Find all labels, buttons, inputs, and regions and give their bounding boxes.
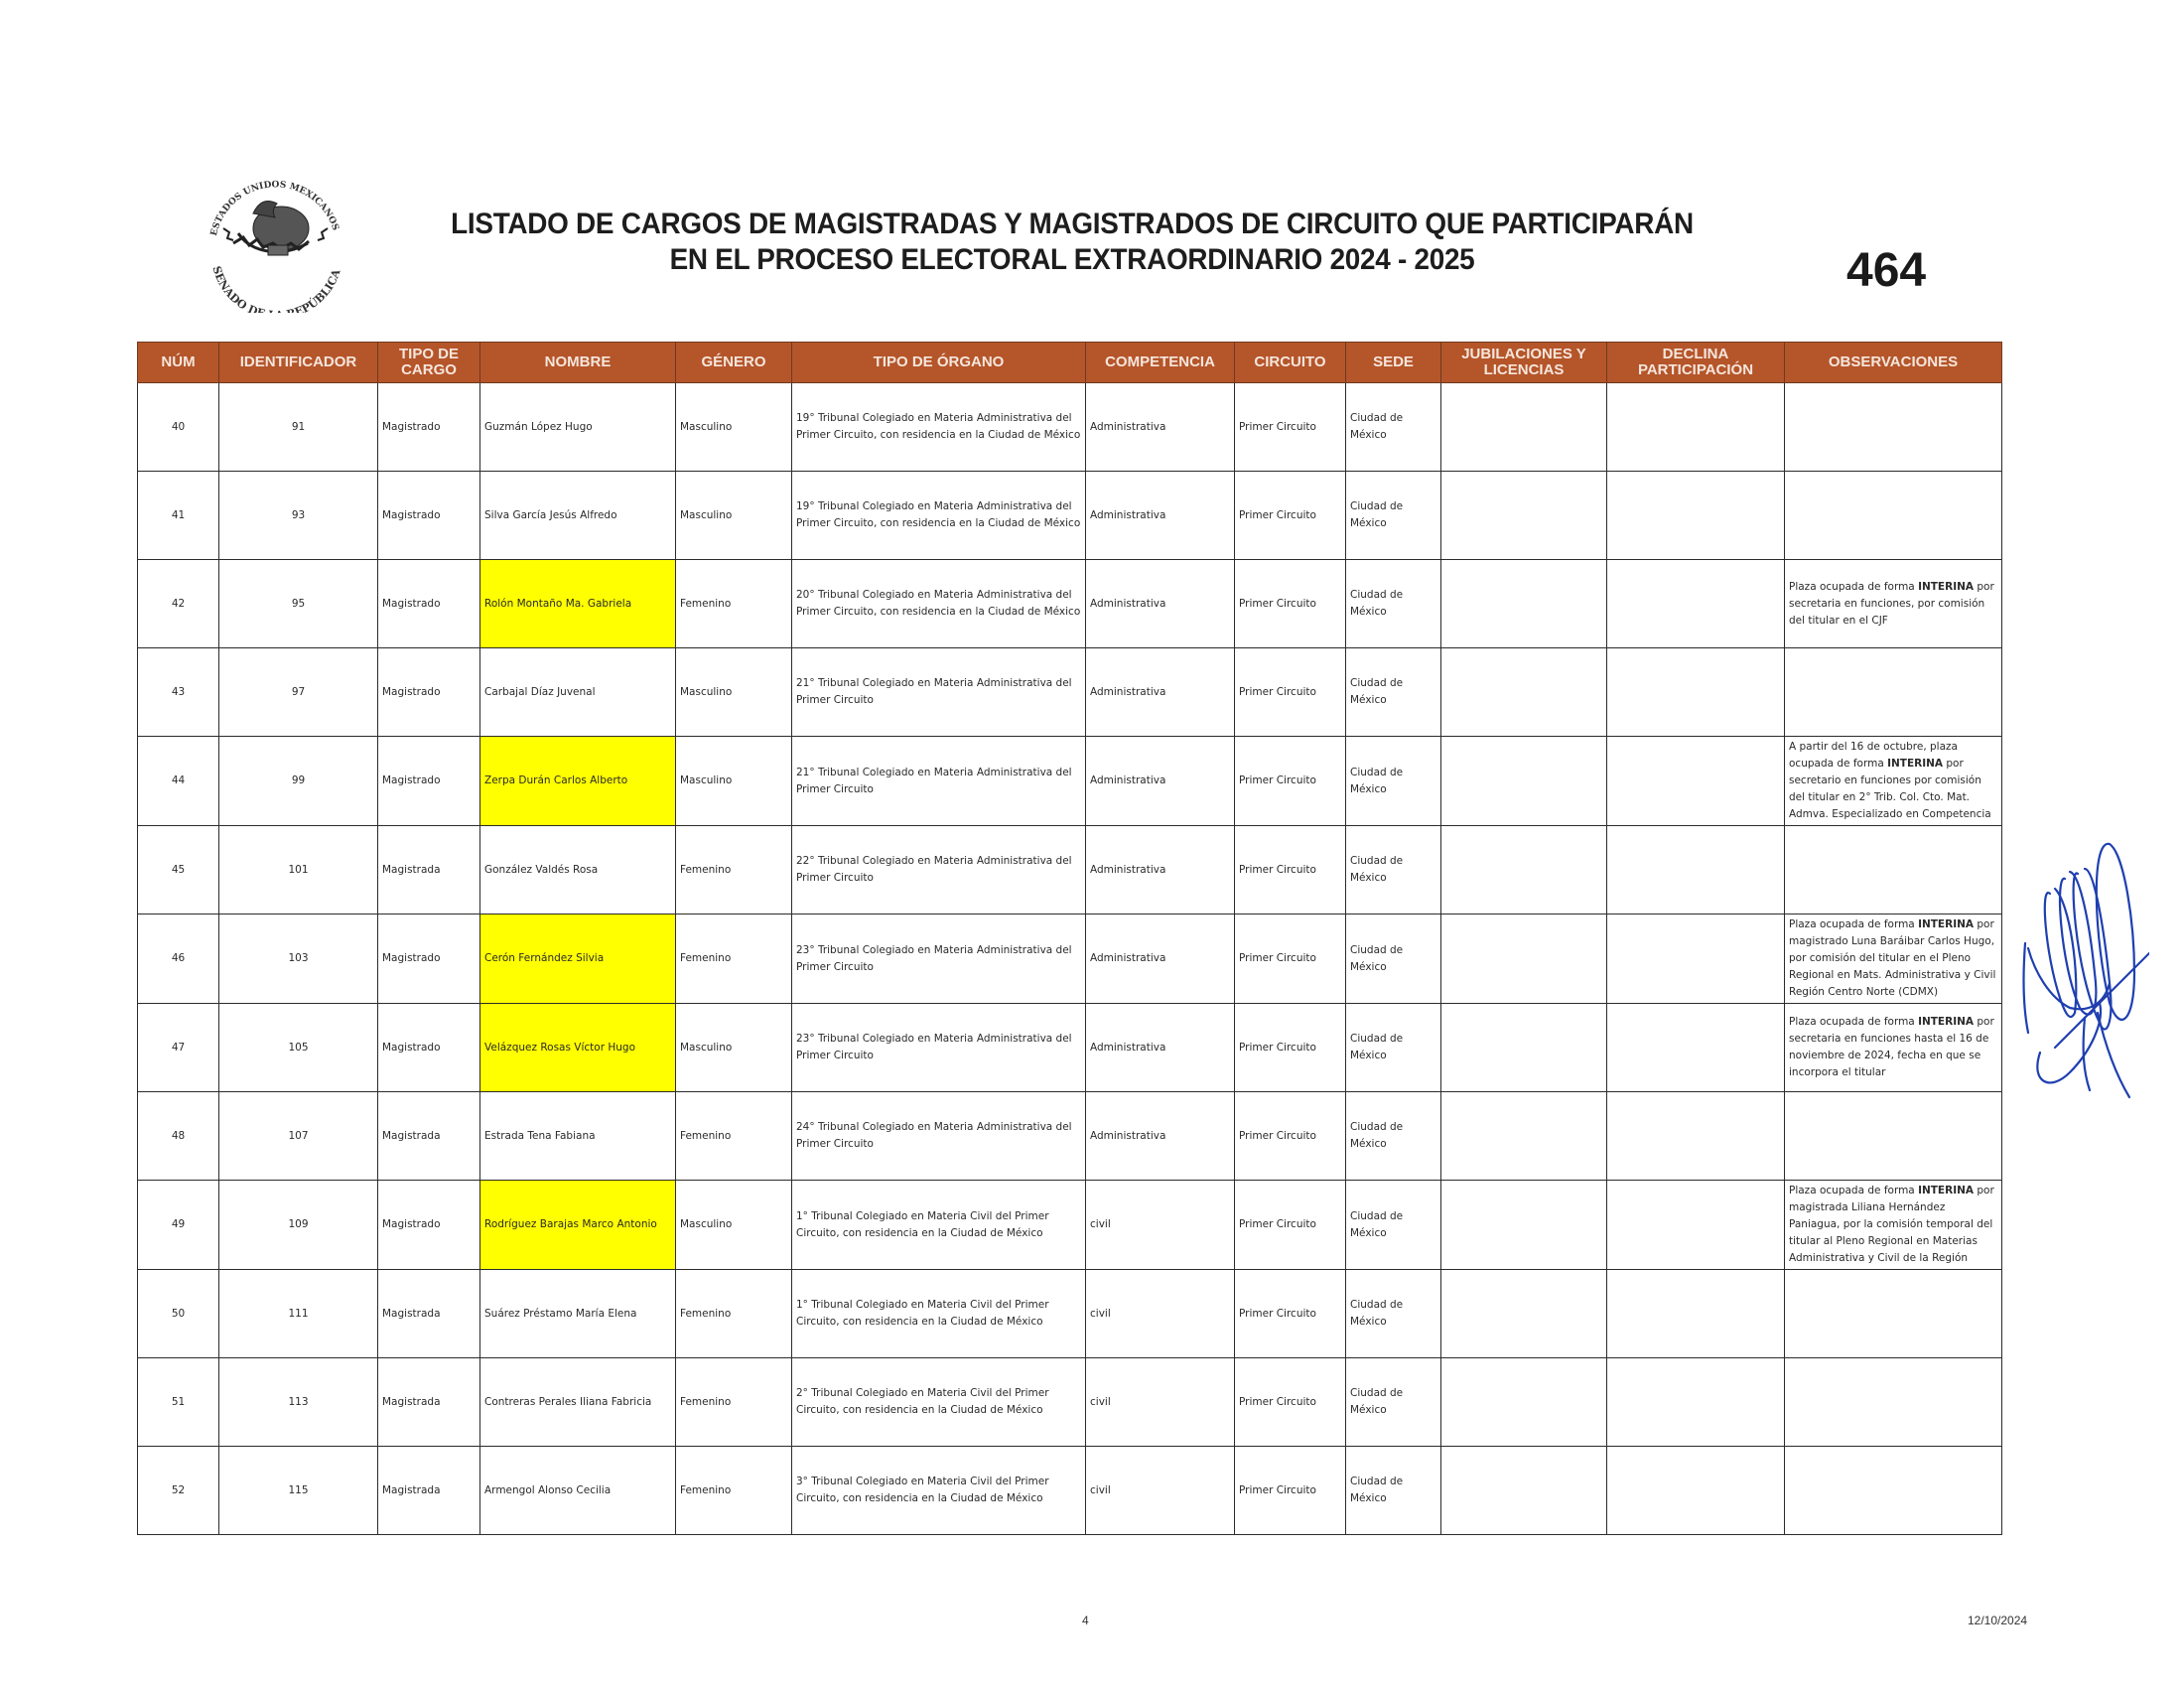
row-cargo: Magistrada: [378, 1358, 480, 1447]
row-declines: [1607, 1181, 1785, 1270]
title-line-1: LISTADO DE CARGOS DE MAGISTRADAS Y MAGIS…: [426, 207, 1718, 242]
row-retirements-licenses: [1441, 1358, 1607, 1447]
row-identifier: 109: [219, 1181, 378, 1270]
column-header: TIPO DE ÓRGANO: [792, 343, 1086, 383]
row-declines: [1607, 914, 1785, 1004]
row-organ-type: 20° Tribunal Colegiado en Materia Admini…: [792, 560, 1086, 648]
row-organ-type: 21° Tribunal Colegiado en Materia Admini…: [792, 737, 1086, 826]
row-name: Silva García Jesús Alfredo: [480, 472, 676, 560]
row-number: 46: [138, 914, 219, 1004]
table-header-row: NÚMIDENTIFICADORTIPO DE CARGONOMBREGÉNER…: [138, 343, 2002, 383]
row-identifier: 103: [219, 914, 378, 1004]
row-cargo: Magistrado: [378, 472, 480, 560]
row-seat: Ciudad de México: [1346, 1358, 1441, 1447]
row-organ-type: 21° Tribunal Colegiado en Materia Admini…: [792, 648, 1086, 737]
row-competence: Administrativa: [1086, 383, 1235, 472]
row-declines: [1607, 826, 1785, 914]
row-retirements-licenses: [1441, 1092, 1607, 1181]
row-declines: [1607, 472, 1785, 560]
row-organ-type: 22° Tribunal Colegiado en Materia Admini…: [792, 826, 1086, 914]
row-number: 41: [138, 472, 219, 560]
observation-text: Plaza ocupada de forma: [1789, 1185, 1918, 1196]
observation-emphasis: INTERINA: [1918, 1185, 1974, 1196]
row-number: 50: [138, 1270, 219, 1358]
row-observations: [1785, 383, 2002, 472]
row-retirements-licenses: [1441, 472, 1607, 560]
row-circuit: Primer Circuito: [1235, 648, 1346, 737]
column-header: TIPO DE CARGO: [378, 343, 480, 383]
row-competence: civil: [1086, 1181, 1235, 1270]
row-circuit: Primer Circuito: [1235, 826, 1346, 914]
row-name: Velázquez Rosas Víctor Hugo: [480, 1004, 676, 1092]
row-gender: Masculino: [676, 383, 792, 472]
row-circuit: Primer Circuito: [1235, 914, 1346, 1004]
row-retirements-licenses: [1441, 560, 1607, 648]
document-date: 12/10/2024: [1968, 1614, 2027, 1627]
row-organ-type: 1° Tribunal Colegiado en Materia Civil d…: [792, 1181, 1086, 1270]
magistrates-table: NÚMIDENTIFICADORTIPO DE CARGONOMBREGÉNER…: [137, 342, 2002, 1535]
observation-emphasis: INTERINA: [1887, 758, 1943, 770]
row-number: 40: [138, 383, 219, 472]
row-competence: Administrativa: [1086, 826, 1235, 914]
row-seat: Ciudad de México: [1346, 560, 1441, 648]
row-cargo: Magistrado: [378, 1004, 480, 1092]
row-number: 44: [138, 737, 219, 826]
row-seat: Ciudad de México: [1346, 737, 1441, 826]
table-body: 4091MagistradoGuzmán López HugoMasculino…: [138, 383, 2002, 1535]
row-identifier: 91: [219, 383, 378, 472]
observation-text: Plaza ocupada de forma: [1789, 1016, 1918, 1028]
table-row: 46103MagistradoCerón Fernández SilviaFem…: [138, 914, 2002, 1004]
row-retirements-licenses: [1441, 1447, 1607, 1535]
row-observations: A partir del 16 de octubre, plaza ocupad…: [1785, 737, 2002, 826]
row-cargo: Magistrada: [378, 1270, 480, 1358]
row-number: 47: [138, 1004, 219, 1092]
row-seat: Ciudad de México: [1346, 1447, 1441, 1535]
column-header: GÉNERO: [676, 343, 792, 383]
row-gender: Femenino: [676, 826, 792, 914]
row-retirements-licenses: [1441, 914, 1607, 1004]
row-circuit: Primer Circuito: [1235, 383, 1346, 472]
table-row: 50111MagistradaSuárez Préstamo María Ele…: [138, 1270, 2002, 1358]
column-header: JUBILACIONES Y LICENCIAS: [1441, 343, 1607, 383]
row-number: 49: [138, 1181, 219, 1270]
row-cargo: Magistrado: [378, 1181, 480, 1270]
row-gender: Femenino: [676, 1358, 792, 1447]
row-organ-type: 24° Tribunal Colegiado en Materia Admini…: [792, 1092, 1086, 1181]
table-row: 47105MagistradoVelázquez Rosas Víctor Hu…: [138, 1004, 2002, 1092]
svg-text:SENADO DE LA REPÚBLICA: SENADO DE LA REPÚBLICA: [210, 265, 343, 313]
row-observations: [1785, 826, 2002, 914]
column-header: DECLINA PARTICIPACIÓN: [1607, 343, 1785, 383]
row-competence: civil: [1086, 1447, 1235, 1535]
row-cargo: Magistrado: [378, 560, 480, 648]
row-name: Contreras Perales Iliana Fabricia: [480, 1358, 676, 1447]
row-gender: Femenino: [676, 560, 792, 648]
row-declines: [1607, 1358, 1785, 1447]
row-name: Cerón Fernández Silvia: [480, 914, 676, 1004]
seal-bottom-text: SENADO DE LA REPÚBLICA: [210, 265, 343, 313]
row-identifier: 115: [219, 1447, 378, 1535]
row-observations: Plaza ocupada de forma INTERINA por secr…: [1785, 1004, 2002, 1092]
observation-emphasis: INTERINA: [1918, 581, 1974, 593]
row-observations: Plaza ocupada de forma INTERINA por magi…: [1785, 914, 2002, 1004]
row-identifier: 97: [219, 648, 378, 737]
row-organ-type: 19° Tribunal Colegiado en Materia Admini…: [792, 472, 1086, 560]
observation-text: por magistrada Liliana Hernández Paniagu…: [1789, 1185, 1994, 1264]
row-declines: [1607, 1447, 1785, 1535]
row-organ-type: 23° Tribunal Colegiado en Materia Admini…: [792, 914, 1086, 1004]
table-row: 51113MagistradaContreras Perales Iliana …: [138, 1358, 2002, 1447]
row-cargo: Magistrada: [378, 826, 480, 914]
table-row: 4091MagistradoGuzmán López HugoMasculino…: [138, 383, 2002, 472]
row-retirements-licenses: [1441, 826, 1607, 914]
row-seat: Ciudad de México: [1346, 383, 1441, 472]
row-number: 43: [138, 648, 219, 737]
table-row: 4499MagistradoZerpa Durán Carlos Alberto…: [138, 737, 2002, 826]
observation-text: Plaza ocupada de forma: [1789, 581, 1918, 593]
row-identifier: 113: [219, 1358, 378, 1447]
row-name: Rodríguez Barajas Marco Antonio: [480, 1181, 676, 1270]
row-name: Guzmán López Hugo: [480, 383, 676, 472]
row-gender: Femenino: [676, 1270, 792, 1358]
row-circuit: Primer Circuito: [1235, 1447, 1346, 1535]
row-competence: civil: [1086, 1270, 1235, 1358]
column-header: OBSERVACIONES: [1785, 343, 2002, 383]
row-circuit: Primer Circuito: [1235, 1092, 1346, 1181]
row-identifier: 101: [219, 826, 378, 914]
row-declines: [1607, 1270, 1785, 1358]
row-circuit: Primer Circuito: [1235, 560, 1346, 648]
table-row: 4397MagistradoCarbajal Díaz JuvenalMascu…: [138, 648, 2002, 737]
row-retirements-licenses: [1441, 648, 1607, 737]
row-identifier: 95: [219, 560, 378, 648]
row-observations: [1785, 1270, 2002, 1358]
row-cargo: Magistrado: [378, 914, 480, 1004]
row-identifier: 93: [219, 472, 378, 560]
row-observations: [1785, 648, 2002, 737]
row-name: Suárez Préstamo María Elena: [480, 1270, 676, 1358]
signature-icon: [2010, 824, 2149, 1112]
column-header: IDENTIFICADOR: [219, 343, 378, 383]
row-identifier: 99: [219, 737, 378, 826]
row-declines: [1607, 1092, 1785, 1181]
table-row: 4295MagistradoRolón Montaño Ma. Gabriela…: [138, 560, 2002, 648]
row-circuit: Primer Circuito: [1235, 1181, 1346, 1270]
row-declines: [1607, 648, 1785, 737]
row-retirements-licenses: [1441, 1181, 1607, 1270]
row-identifier: 111: [219, 1270, 378, 1358]
table-row: 4193MagistradoSilva García Jesús Alfredo…: [138, 472, 2002, 560]
table-row: 45101MagistradaGonzález Valdés RosaFemen…: [138, 826, 2002, 914]
title-line-2: EN EL PROCESO ELECTORAL EXTRAORDINARIO 2…: [426, 242, 1718, 278]
row-circuit: Primer Circuito: [1235, 1358, 1346, 1447]
row-gender: Femenino: [676, 1447, 792, 1535]
column-header: CIRCUITO: [1235, 343, 1346, 383]
row-identifier: 105: [219, 1004, 378, 1092]
column-header: NÚM: [138, 343, 219, 383]
row-retirements-licenses: [1441, 737, 1607, 826]
observation-text: por magistrado Luna Baráibar Carlos Hugo…: [1789, 918, 1995, 998]
row-name: Rolón Montaño Ma. Gabriela: [480, 560, 676, 648]
senate-seal-icon: ESTADOS UNIDOS MEXICANOS SENADO DE LA RE…: [194, 174, 357, 313]
row-gender: Masculino: [676, 1004, 792, 1092]
row-competence: Administrativa: [1086, 472, 1235, 560]
table-row: 49109MagistradoRodríguez Barajas Marco A…: [138, 1181, 2002, 1270]
row-retirements-licenses: [1441, 1270, 1607, 1358]
row-observations: Plaza ocupada de forma INTERINA por magi…: [1785, 1181, 2002, 1270]
row-organ-type: 23° Tribunal Colegiado en Materia Admini…: [792, 1004, 1086, 1092]
row-name: Carbajal Díaz Juvenal: [480, 648, 676, 737]
row-gender: Masculino: [676, 1181, 792, 1270]
row-observations: [1785, 1092, 2002, 1181]
row-circuit: Primer Circuito: [1235, 737, 1346, 826]
row-gender: Femenino: [676, 1092, 792, 1181]
observation-emphasis: INTERINA: [1918, 918, 1974, 930]
row-gender: Femenino: [676, 914, 792, 1004]
row-organ-type: 1° Tribunal Colegiado en Materia Civil d…: [792, 1270, 1086, 1358]
row-cargo: Magistrado: [378, 737, 480, 826]
row-competence: Administrativa: [1086, 560, 1235, 648]
row-competence: Administrativa: [1086, 737, 1235, 826]
row-number: 52: [138, 1447, 219, 1535]
row-seat: Ciudad de México: [1346, 648, 1441, 737]
column-header: SEDE: [1346, 343, 1441, 383]
row-competence: civil: [1086, 1358, 1235, 1447]
observation-text: Plaza ocupada de forma: [1789, 918, 1918, 930]
row-seat: Ciudad de México: [1346, 826, 1441, 914]
row-organ-type: 19° Tribunal Colegiado en Materia Admini…: [792, 383, 1086, 472]
row-cargo: Magistrado: [378, 383, 480, 472]
row-circuit: Primer Circuito: [1235, 1004, 1346, 1092]
row-number: 45: [138, 826, 219, 914]
row-observations: [1785, 1358, 2002, 1447]
row-observations: Plaza ocupada de forma INTERINA por secr…: [1785, 560, 2002, 648]
row-seat: Ciudad de México: [1346, 472, 1441, 560]
row-name: Estrada Tena Fabiana: [480, 1092, 676, 1181]
row-competence: Administrativa: [1086, 648, 1235, 737]
column-header: COMPETENCIA: [1086, 343, 1235, 383]
row-competence: Administrativa: [1086, 1004, 1235, 1092]
row-seat: Ciudad de México: [1346, 1004, 1441, 1092]
table-row: 48107MagistradaEstrada Tena FabianaFemen…: [138, 1092, 2002, 1181]
column-header: NOMBRE: [480, 343, 676, 383]
row-declines: [1607, 1004, 1785, 1092]
row-gender: Masculino: [676, 648, 792, 737]
row-seat: Ciudad de México: [1346, 914, 1441, 1004]
row-declines: [1607, 560, 1785, 648]
row-declines: [1607, 383, 1785, 472]
row-name: Zerpa Durán Carlos Alberto: [480, 737, 676, 826]
row-circuit: Primer Circuito: [1235, 1270, 1346, 1358]
row-number: 48: [138, 1092, 219, 1181]
folio-number: 464: [1846, 243, 1926, 298]
page-number: 4: [1082, 1614, 1089, 1627]
row-observations: [1785, 472, 2002, 560]
document-title: LISTADO DE CARGOS DE MAGISTRADAS Y MAGIS…: [426, 207, 1718, 278]
row-competence: Administrativa: [1086, 914, 1235, 1004]
row-cargo: Magistrada: [378, 1092, 480, 1181]
row-competence: Administrativa: [1086, 1092, 1235, 1181]
table-row: 52115MagistradaArmengol Alonso CeciliaFe…: [138, 1447, 2002, 1535]
row-observations: [1785, 1447, 2002, 1535]
row-organ-type: 3° Tribunal Colegiado en Materia Civil d…: [792, 1447, 1086, 1535]
row-name: Armengol Alonso Cecilia: [480, 1447, 676, 1535]
row-cargo: Magistrado: [378, 648, 480, 737]
row-number: 51: [138, 1358, 219, 1447]
row-seat: Ciudad de México: [1346, 1270, 1441, 1358]
row-circuit: Primer Circuito: [1235, 472, 1346, 560]
row-gender: Masculino: [676, 472, 792, 560]
row-retirements-licenses: [1441, 1004, 1607, 1092]
row-identifier: 107: [219, 1092, 378, 1181]
row-number: 42: [138, 560, 219, 648]
row-declines: [1607, 737, 1785, 826]
row-retirements-licenses: [1441, 383, 1607, 472]
row-name: González Valdés Rosa: [480, 826, 676, 914]
row-gender: Masculino: [676, 737, 792, 826]
row-seat: Ciudad de México: [1346, 1092, 1441, 1181]
row-organ-type: 2° Tribunal Colegiado en Materia Civil d…: [792, 1358, 1086, 1447]
row-cargo: Magistrada: [378, 1447, 480, 1535]
row-seat: Ciudad de México: [1346, 1181, 1441, 1270]
observation-emphasis: INTERINA: [1918, 1016, 1974, 1028]
